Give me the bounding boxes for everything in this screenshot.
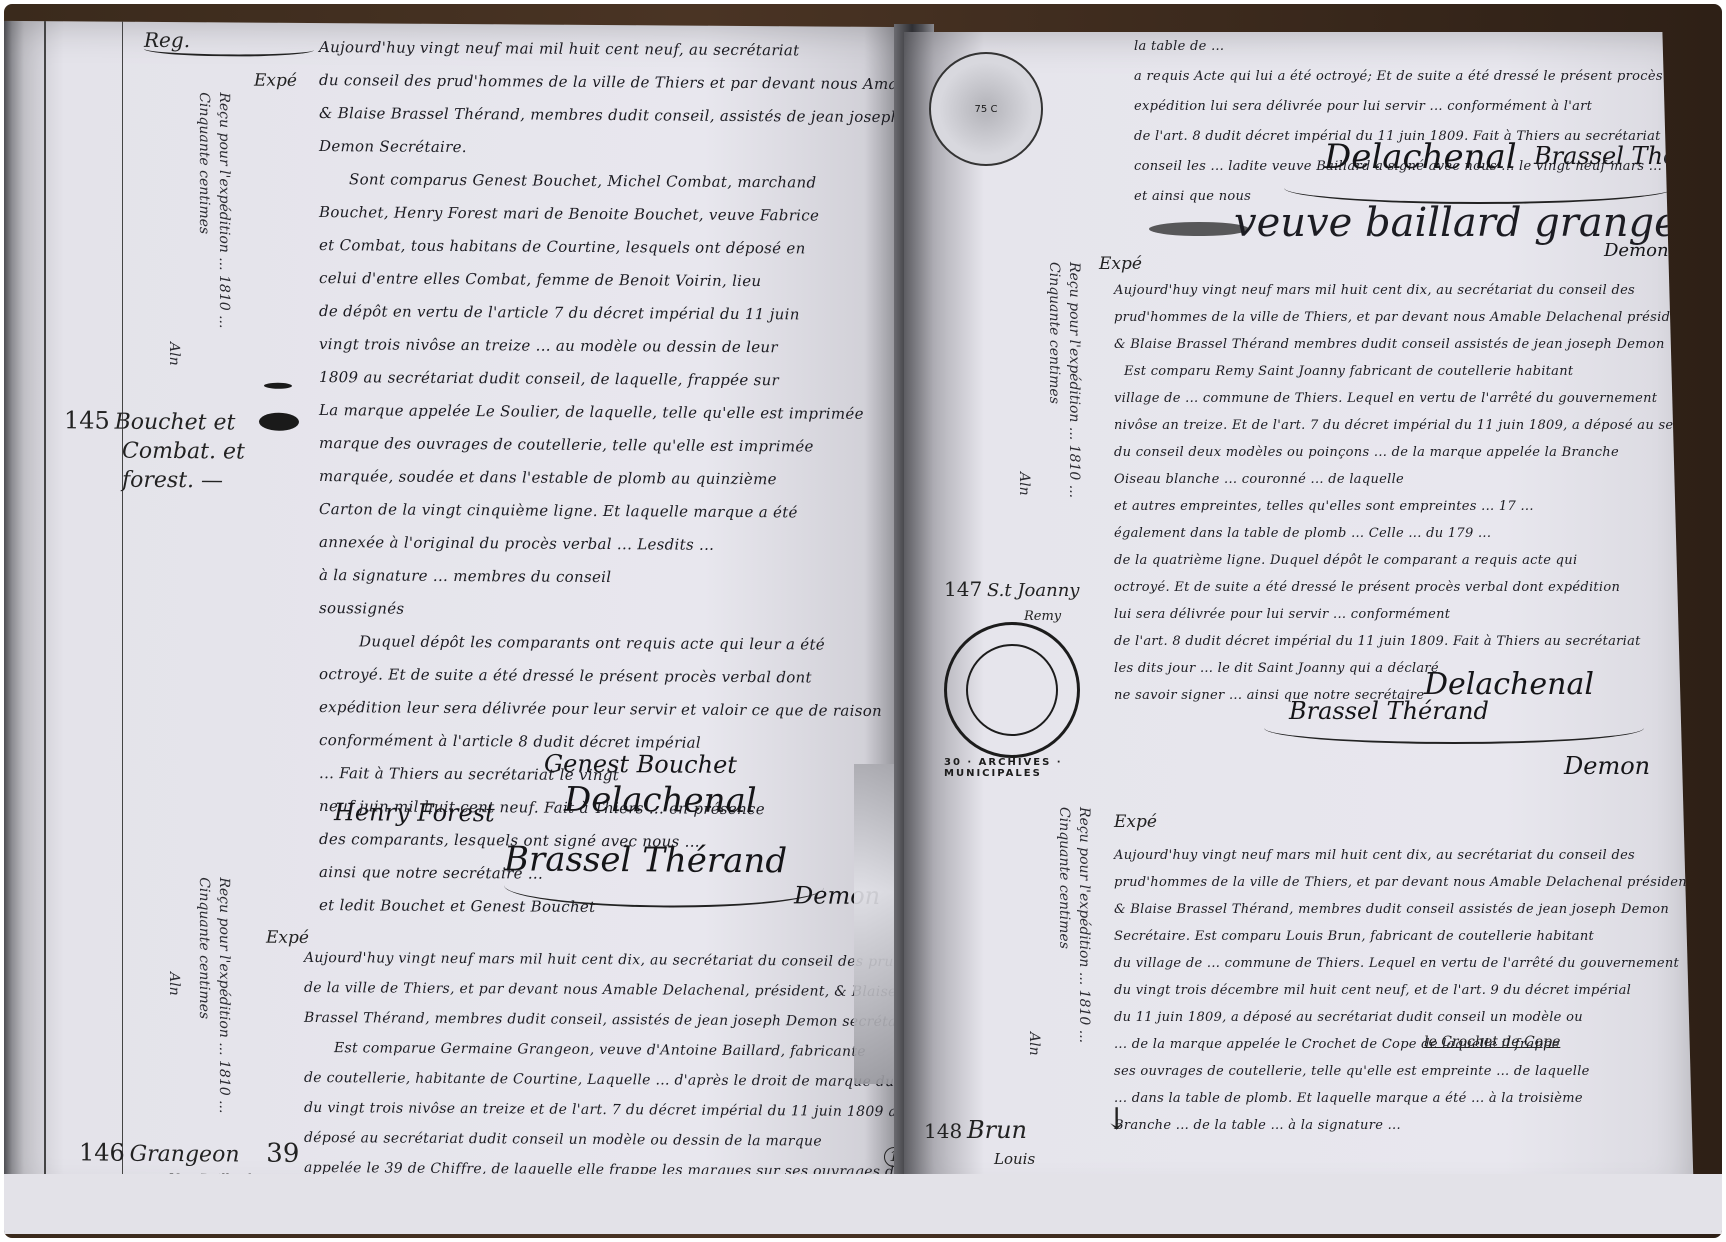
margin-signature: Aln [164,342,184,402]
register-entry-148: 148 Brun Louis [924,1117,1035,1172]
margin-receipt-note: Reçu pour l'expédition ... 1810 ... Cinq… [194,877,234,1127]
archive-stamp-text: 30 · ARCHIVES · MUNICIPALES [944,757,1104,779]
signature-flourish [1264,712,1644,744]
mark-label: 39 [244,1139,299,1169]
margin-rule [122,22,123,1182]
margin-signature: Aln [1014,472,1034,532]
header-rule [144,42,314,57]
signature-demon: Demon [1564,752,1650,780]
ink-blot [259,413,299,431]
margin-signature: Aln [164,972,184,1032]
margin-rule [44,21,46,1181]
right-page: 75 C la table de ... a requis Acte qui l… [904,32,1694,1204]
arrow-mark-icon [264,383,292,389]
margin-signature: Aln [1024,1032,1044,1092]
expedition-label: Expé [1099,254,1142,274]
table-surface-bottom [4,1174,1722,1234]
entry-number: 145 [64,406,110,434]
margin-receipt-note: Reçu pour l'expédition ... 1810 ... Cinq… [1054,807,1094,1057]
left-page: Reg. Expé Reçu pour l'expédition ... 181… [4,21,909,1207]
stamp-inner-ring [966,644,1058,736]
entry-148-text: Aujourd'huy vingt neuf mars mil huit cen… [1114,842,1692,1139]
entry-name: Bouchet et [115,410,236,436]
margin-receipt-note: Reçu pour l'expédition ... 1810 ... Cinq… [194,92,234,392]
entry-name: S.t Joanny [987,580,1080,601]
archives-municipales-stamp [944,622,1080,758]
document-photograph: Reg. Expé Reçu pour l'expédition ... 181… [4,4,1722,1238]
entry-147-text: Aujourd'huy vingt neuf mars mil huit cen… [1114,277,1722,709]
signature-genest-bouchet: Genest Bouchet [544,750,737,779]
expedition-label: Expé [254,71,297,91]
entry-name: Grangeon [130,1142,240,1168]
register-entry-145: 145 Bouchet et Combat. et forest. — [64,406,245,496]
entry-number: 146 [79,1138,125,1166]
down-arrow-mark-icon: ↓ [1104,1102,1129,1137]
mark-name-crochet-de-cope: le Crochet de Cope [1424,1034,1560,1050]
expedition-label: Expé [266,928,309,948]
signature-delachenal: Delachenal [564,780,757,821]
expedition-label: Expé [1114,812,1157,832]
signature-henry-forest: Henry Forest [334,798,495,827]
margin-receipt-note: Reçu pour l'expédition ... 1810 ... Cinq… [1044,262,1084,502]
tax-stamp: 75 C [929,52,1043,166]
tax-stamp-label: 75 C [975,104,998,115]
entry-number: 147 [944,577,982,601]
signature-brassel-therand: Brassel Thérand [1534,142,1722,170]
entry-number: 148 [924,1119,962,1143]
entry-name: Brun [967,1116,1027,1144]
signature-delachenal: Delachenal [1324,137,1517,177]
signature-demon-initial: Demon [1604,240,1669,261]
